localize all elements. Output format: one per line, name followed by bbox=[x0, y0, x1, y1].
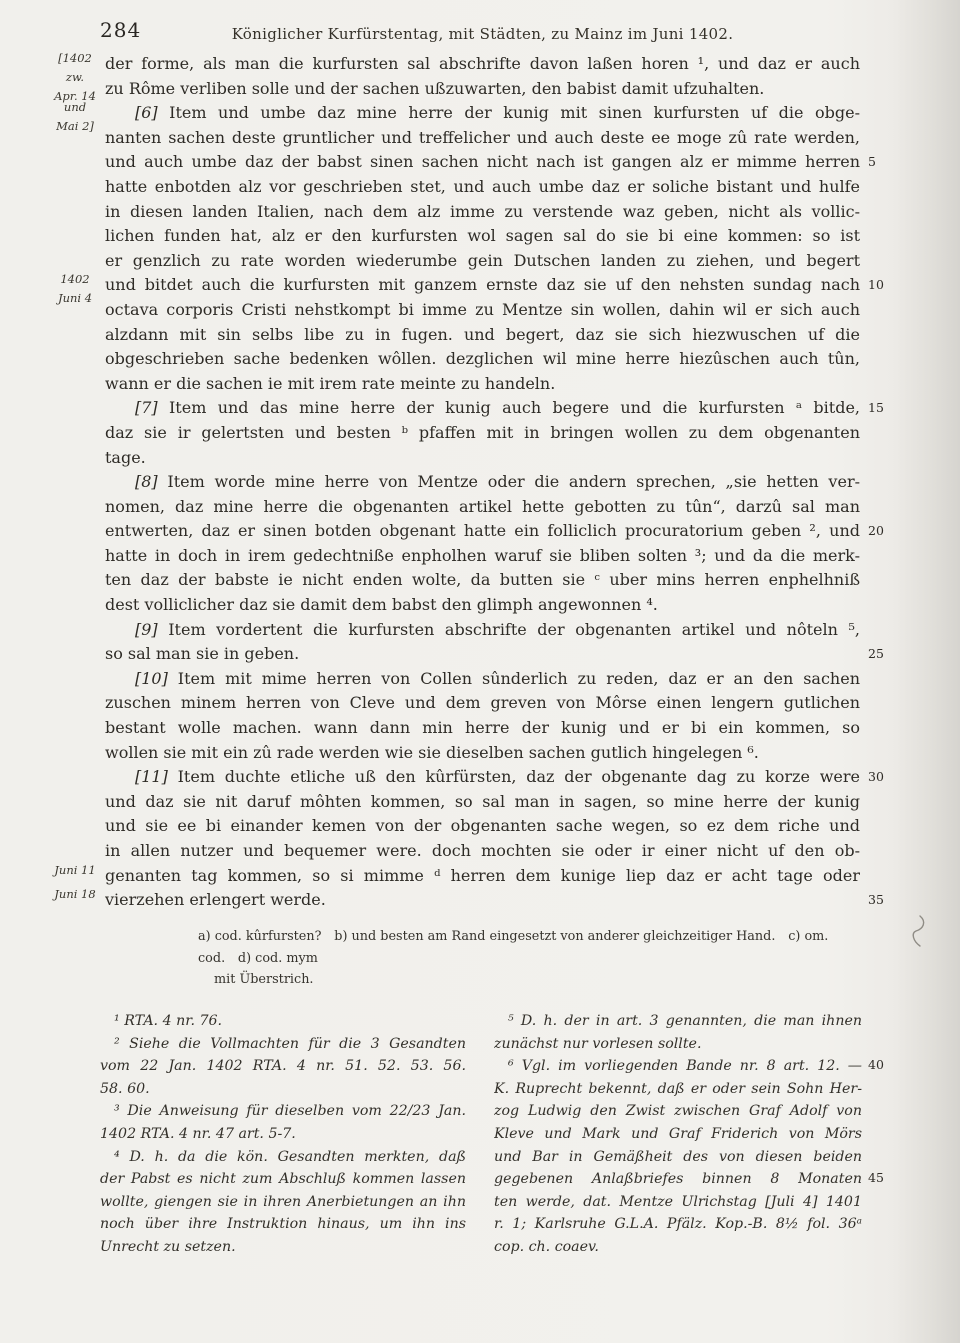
line-number: 35 bbox=[868, 892, 898, 907]
text-line: entwerten, daz er sinen botden obgenant … bbox=[105, 519, 860, 544]
footnote-line: 1402 RTA. 4 nr. 47 art. 5-7. bbox=[100, 1123, 466, 1146]
article-number: [11] bbox=[135, 767, 168, 786]
text-line: lichen funden hat, alz er den kurfursten… bbox=[105, 224, 860, 249]
text-line: octava corporis Cristi nehstkompt bi imm… bbox=[105, 298, 860, 323]
margin-date-row: Juni 4 bbox=[46, 289, 104, 308]
text-line: und sie ee bi einander kemen von der obg… bbox=[105, 814, 860, 839]
footnote-line: ² Siehe die Vollmachten für die 3 Gesand… bbox=[100, 1033, 466, 1056]
text-line: [11] Item duchte etliche uß den kûrfürst… bbox=[105, 765, 860, 790]
text-line: und bitdet auch die kurfursten mit ganze… bbox=[105, 273, 860, 298]
footnote-column-left: ¹ RTA. 4 nr. 76.² Siehe die Vollmachten … bbox=[100, 1010, 466, 1259]
text-line: [9] Item vordertent die kurfursten absch… bbox=[105, 618, 860, 643]
scanned-book-page: 284 Königlicher Kurfürstentag, mit Städt… bbox=[0, 0, 960, 1343]
margin-date-row: zw. bbox=[46, 68, 104, 87]
footnote-line: Kleve und Mark und Graf Friderich von Mö… bbox=[494, 1123, 862, 1146]
text-line: ten daz der babste ie nicht enden wolte,… bbox=[105, 568, 860, 593]
text-line: alzdann mit sin selbs libe zu in fugen. … bbox=[105, 323, 860, 348]
line-number: 45 bbox=[868, 1170, 898, 1185]
text-line: bestant wolle machen. wann dann min herr… bbox=[105, 716, 860, 741]
footnote-line: ¹ RTA. 4 nr. 76. bbox=[100, 1010, 466, 1033]
text-line: zuschen minem herren von Cleve und dem g… bbox=[105, 691, 860, 716]
margin-date-note: Juni 11 bbox=[46, 861, 104, 880]
footnote-line: 58. 60. bbox=[100, 1078, 466, 1101]
footnote-line: und Bar in Gemäßheit des von diesen beid… bbox=[494, 1146, 862, 1169]
line-number: 30 bbox=[868, 769, 898, 784]
article-number: [10] bbox=[135, 669, 168, 688]
text-line: [6] Item und umbe daz mine herre der kun… bbox=[105, 101, 860, 126]
footnote-line: noch über ihre Instruktion hinaus, um ih… bbox=[100, 1213, 466, 1236]
line-number: 40 bbox=[868, 1057, 898, 1072]
margin-date-note: 1402Juni 4 bbox=[46, 270, 104, 308]
text-line: hatte in doch in irem gedechtniße enphol… bbox=[105, 544, 860, 569]
footnote-line: wollte, giengen sie in ihren Anerbietung… bbox=[100, 1191, 466, 1214]
footnote-line: zog Ludwig den Zwist zwischen Graf Adolf… bbox=[494, 1100, 862, 1123]
text-line: hatte enbotden alz vor geschrieben stet,… bbox=[105, 175, 860, 200]
text-line: [10] Item mit mime herren von Collen sûn… bbox=[105, 667, 860, 692]
text-line: genanten tag kommen, so si mimme ᵈ herre… bbox=[105, 864, 860, 889]
article-number: [8] bbox=[135, 472, 158, 491]
footnote-line: r. 1; Karlsruhe G.L.A. Pfälz. Kop.-B. 8½… bbox=[494, 1213, 862, 1236]
footnote-line: Unrecht zu setzen. bbox=[100, 1236, 466, 1259]
body-text: der forme, als man die kurfursten sal ab… bbox=[105, 52, 860, 913]
text-line: und daz sie nit daruf môhten kommen, so … bbox=[105, 790, 860, 815]
handwritten-mark bbox=[905, 913, 933, 955]
margin-date-row: Juni 11 bbox=[46, 861, 104, 880]
apparatus-note: a) cod. kûrfursten? b) und besten am Ran… bbox=[198, 926, 860, 991]
text-line: und auch umbe daz der babst sinen sachen… bbox=[105, 150, 860, 175]
margin-date-row: [1402 bbox=[46, 49, 104, 68]
margin-date-row: und bbox=[46, 98, 104, 117]
footnote-line: gegebenen Anlaßbriefes binnen 8 Monaten … bbox=[494, 1168, 862, 1191]
line-number: 5 bbox=[868, 154, 898, 169]
text-line: nanten sachen deste gruntlicher und tref… bbox=[105, 126, 860, 151]
text-line: wann er die sachen ie mit irem rate mein… bbox=[105, 372, 860, 397]
text-line: so sal man sie in geben. bbox=[105, 642, 860, 667]
footnote-line: ³ Die Anweisung für dieselben vom 22/23 … bbox=[100, 1100, 466, 1123]
text-line: zu Rôme verliben solle und der sachen uß… bbox=[105, 77, 860, 102]
footnote-line: cop. ch. coaev. bbox=[494, 1236, 862, 1259]
text-line: obgeschrieben sache bedenken wôllen. dez… bbox=[105, 347, 860, 372]
article-number: [7] bbox=[135, 398, 158, 417]
apparatus-row: mit Überstrich. bbox=[198, 969, 860, 991]
line-number: 20 bbox=[868, 523, 898, 538]
footnote-line: zunächst nur vorlesen sollte. bbox=[494, 1033, 862, 1056]
running-title: Königlicher Kurfürstentag, mit Städten, … bbox=[105, 25, 860, 43]
text-line: tage. bbox=[105, 446, 860, 471]
text-line: [8] Item worde mine herre von Mentze ode… bbox=[105, 470, 860, 495]
footnote-line: vom 22 Jan. 1402 RTA. 4 nr. 51. 52. 53. … bbox=[100, 1055, 466, 1078]
footnote-column-right: ⁵ D. h. der in art. 3 genannten, die man… bbox=[494, 1010, 862, 1259]
footnote-line: K. Ruprecht bekennt, daß er oder sein So… bbox=[494, 1078, 862, 1101]
margin-date-note: Juni 18 bbox=[46, 885, 104, 904]
text-line: vierzehen erlengert werde. bbox=[105, 888, 860, 913]
footnote-line: ⁶ Vgl. im vorliegenden Bande nr. 8 art. … bbox=[494, 1055, 862, 1078]
text-line: er genzlich zu rate worden wiederumbe ge… bbox=[105, 249, 860, 274]
text-line: nomen, daz mine herre die obgenanten art… bbox=[105, 495, 860, 520]
apparatus-row: a) cod. kûrfursten? b) und besten am Ran… bbox=[198, 926, 860, 969]
margin-date-note: undMai 2] bbox=[46, 98, 104, 136]
margin-date-row: Juni 18 bbox=[46, 885, 104, 904]
margin-date-row: 1402 bbox=[46, 270, 104, 289]
text-line: [7] Item und das mine herre der kunig au… bbox=[105, 396, 860, 421]
article-number: [6] bbox=[135, 103, 158, 122]
line-number: 10 bbox=[868, 277, 898, 292]
footnote-line: ⁵ D. h. der in art. 3 genannten, die man… bbox=[494, 1010, 862, 1033]
line-number: 15 bbox=[868, 400, 898, 415]
text-line: in diesen landen Italien, nach dem alz i… bbox=[105, 200, 860, 225]
text-line: wollen sie mit ein zû rade werden wie si… bbox=[105, 741, 860, 766]
footnote-line: ten werde, dat. Mentze Ulrichstag [Juli … bbox=[494, 1191, 862, 1214]
footnote-line: der Pabst es nicht zum Abschluß kommen l… bbox=[100, 1168, 466, 1191]
text-line: daz sie ir gelertsten und besten ᵇ pfaff… bbox=[105, 421, 860, 446]
line-number: 25 bbox=[868, 646, 898, 661]
text-line: der forme, als man die kurfursten sal ab… bbox=[105, 52, 860, 77]
footnote-line: ⁴ D. h. da die kön. Gesandten merkten, d… bbox=[100, 1146, 466, 1169]
text-line: in allen nutzer und bequemer were. doch … bbox=[105, 839, 860, 864]
margin-date-row: Mai 2] bbox=[46, 117, 104, 136]
text-line: dest volliclicher daz sie damit dem babs… bbox=[105, 593, 860, 618]
article-number: [9] bbox=[135, 620, 158, 639]
